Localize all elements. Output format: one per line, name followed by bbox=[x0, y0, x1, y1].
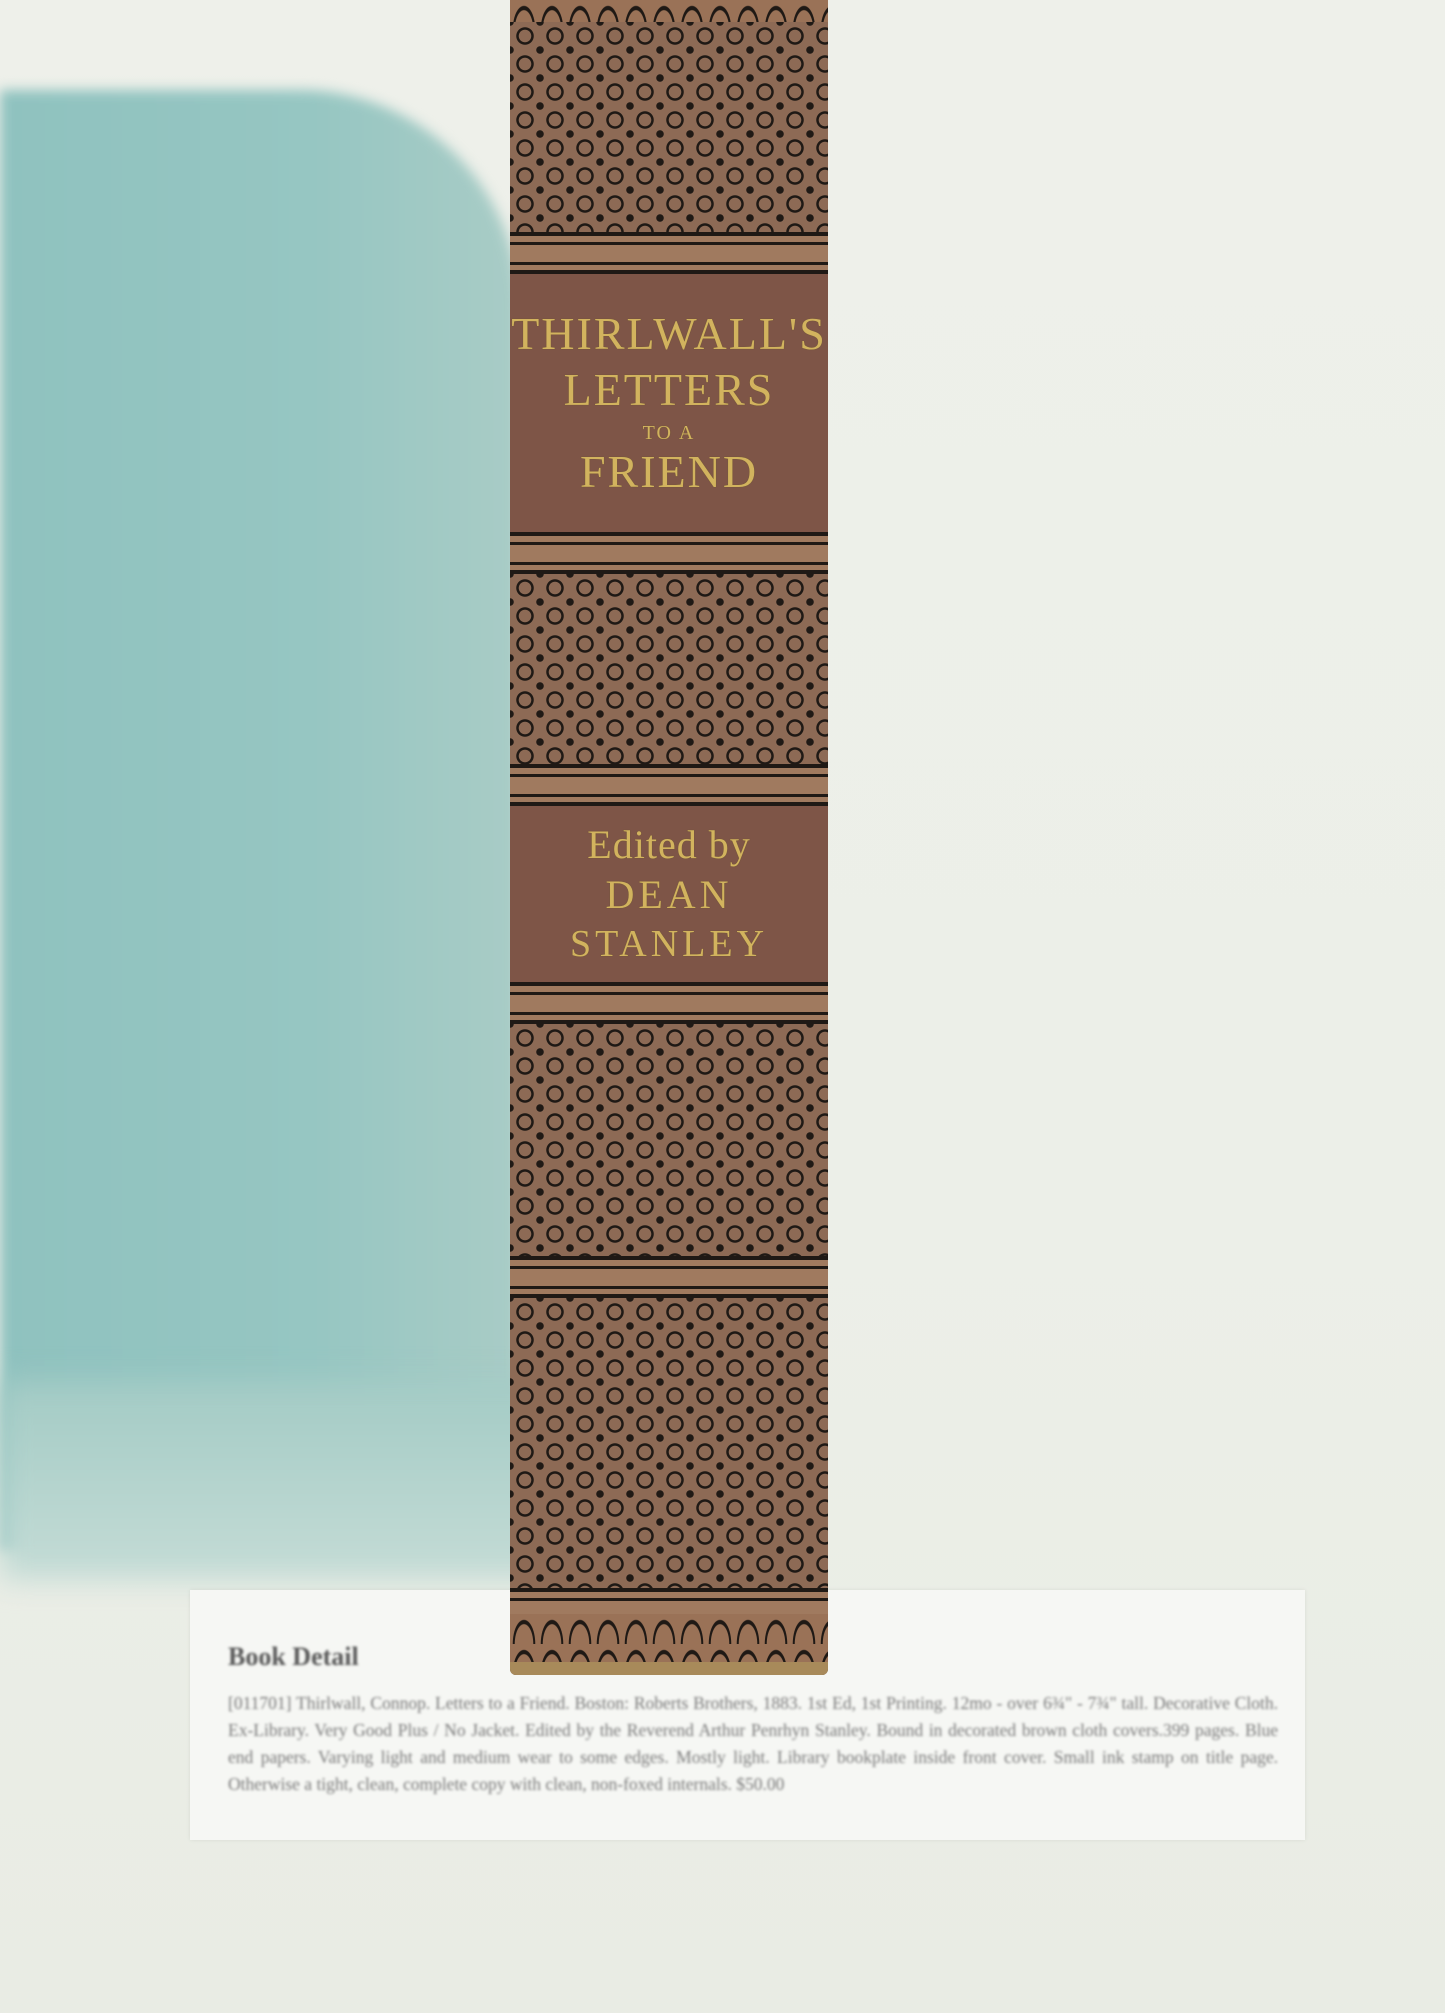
spine-rules-5 bbox=[510, 1256, 828, 1298]
spine-editor-line-3: STANLEY bbox=[570, 925, 768, 963]
book-shadow bbox=[0, 90, 520, 1550]
spine-editor-panel: Edited by DEAN STANLEY bbox=[510, 806, 828, 982]
spine-title-line-3: TO A bbox=[643, 423, 696, 443]
spine-rules-3 bbox=[510, 764, 828, 806]
spine-pattern-band-1 bbox=[510, 22, 828, 232]
spine-editor-line-1: Edited by bbox=[587, 825, 750, 865]
book-shadow-tail bbox=[0, 1380, 560, 1580]
spine-pattern-band-2 bbox=[510, 574, 828, 764]
spine-pattern-band-4 bbox=[510, 1298, 828, 1588]
spine-rules-1 bbox=[510, 232, 828, 274]
label-body: [011701] Thirlwall, Connop. Letters to a… bbox=[228, 1690, 1278, 1798]
spine-rules-2 bbox=[510, 532, 828, 574]
spine-bottom-ornament bbox=[510, 1614, 828, 1664]
label-heading: Book Detail bbox=[228, 1642, 359, 1672]
book-spine: THIRLWALL'S LETTERS TO A FRIEND Edited b… bbox=[510, 0, 828, 1675]
spine-title-panel: THIRLWALL'S LETTERS TO A FRIEND bbox=[510, 274, 828, 532]
spine-rules-4 bbox=[510, 982, 828, 1024]
spine-top-ornament bbox=[510, 0, 828, 22]
spine-title-line-2: LETTERS bbox=[564, 367, 775, 413]
spine-rules-6 bbox=[510, 1588, 828, 1614]
spine-editor-line-2: DEAN bbox=[605, 875, 732, 915]
spine-title-line-4: FRIEND bbox=[580, 449, 758, 495]
spine-worn-edge bbox=[510, 1662, 828, 1675]
spine-pattern-band-3 bbox=[510, 1024, 828, 1256]
spine-title-line-1: THIRLWALL'S bbox=[511, 311, 827, 357]
